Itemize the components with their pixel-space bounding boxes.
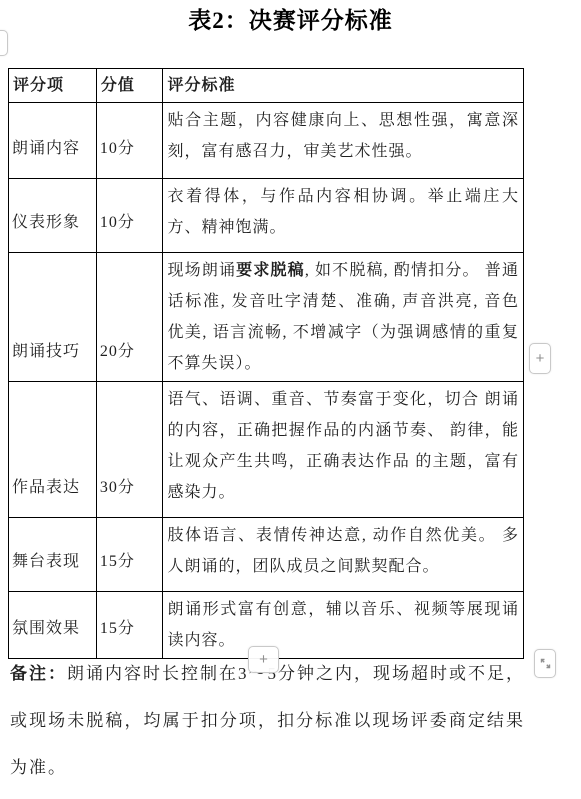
table-row: 舞台表现 15分 肢体语言、表情传神达意, 动作自然优美。 多人朗诵的，团队成员…	[9, 518, 524, 592]
row-item-label: 仪表形象	[9, 179, 97, 253]
row-score: 10分	[96, 103, 163, 179]
row-item-label: 朗诵内容	[9, 103, 97, 179]
row-criteria: 衣着得体，与作品内容相协调。举止端庄大方、精神饱满。	[163, 179, 524, 253]
table-row: 朗诵内容 10分 贴合主题，内容健康向上、思想性强，寓意深刻，富有感召力，审美艺…	[9, 103, 524, 179]
add-button-bottom[interactable]: +	[248, 646, 279, 673]
left-edge-button[interactable]	[0, 30, 8, 56]
row-item-label: 舞台表现	[9, 518, 97, 592]
note-label: 备注：	[10, 664, 67, 683]
row-score: 10分	[96, 179, 163, 253]
table-row: 作品表达 30分 语气、语调、重音、节奏富于变化，切合 朗诵的内容，正确把握作品…	[9, 382, 524, 518]
expand-button[interactable]	[534, 649, 556, 678]
header-score: 分值	[96, 69, 163, 103]
note-text: 朗诵内容时长控制在3～5分钟之内，现场超时或不足，或现场未脱稿，均属于扣分项，扣…	[10, 664, 525, 777]
page-title: 表2：决赛评分标准	[0, 5, 581, 37]
plus-icon: +	[259, 652, 268, 667]
criteria-bold-text: 要求脱稿	[236, 262, 305, 279]
table-row: 朗诵技巧 20分 现场朗诵要求脱稿, 如不脱稿, 酌情扣分。 普通话标准, 发音…	[9, 253, 524, 382]
row-score: 15分	[96, 518, 163, 592]
add-button-right[interactable]: +	[529, 343, 551, 374]
row-score: 15分	[96, 592, 163, 659]
row-criteria: 现场朗诵要求脱稿, 如不脱稿, 酌情扣分。 普通话标准, 发音吐字清楚、准确, …	[163, 253, 524, 382]
scoring-table: 评分项 分值 评分标准 朗诵内容 10分 贴合主题，内容健康向上、思想性强，寓意…	[8, 68, 524, 659]
table-row: 仪表形象 10分 衣着得体，与作品内容相协调。举止端庄大方、精神饱满。	[9, 179, 524, 253]
row-item-label: 氛围效果	[9, 592, 97, 659]
header-criteria: 评分标准	[163, 69, 524, 103]
plus-icon: +	[536, 351, 545, 366]
expand-icon	[539, 657, 552, 670]
row-criteria: 朗诵形式富有创意，辅以音乐、视频等展现诵读内容。	[163, 592, 524, 659]
table-header-row: 评分项 分值 评分标准	[9, 69, 524, 103]
row-criteria: 贴合主题，内容健康向上、思想性强，寓意深刻，富有感召力，审美艺术性强。	[163, 103, 524, 179]
row-item-label: 作品表达	[9, 382, 97, 518]
header-item: 评分项	[9, 69, 97, 103]
row-criteria: 肢体语言、表情传神达意, 动作自然优美。 多人朗诵的，团队成员之间默契配合。	[163, 518, 524, 592]
row-score: 20分	[96, 253, 163, 382]
row-item-label: 朗诵技巧	[9, 253, 97, 382]
criteria-text: 现场朗诵	[167, 262, 236, 279]
row-criteria: 语气、语调、重音、节奏富于变化，切合 朗诵的内容，正确把握作品的内涵节奏、 韵律…	[163, 382, 524, 518]
row-score: 30分	[96, 382, 163, 518]
document-page: 表2：决赛评分标准 评分项 分值 评分标准 朗诵内容 10分 贴合主题，内容健康…	[0, 0, 581, 799]
